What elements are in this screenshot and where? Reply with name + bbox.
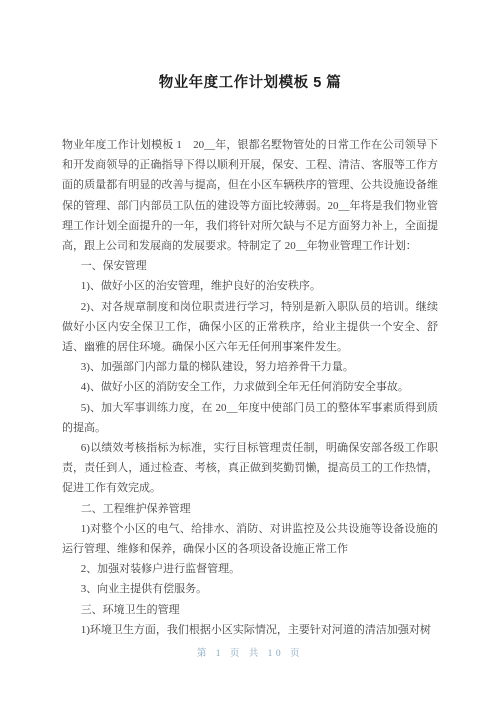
paragraph: 6)以绩效考核指标为标准，实行目标管理责任制，明确保安部各级工作职责，责任到人，… — [62, 438, 438, 499]
page-indicator: 第 1 页 共 10 页 — [197, 649, 303, 659]
document-body: 物业年度工作计划模板 1 20__年，银都名墅物管处的日常工作在公司领导下和开发… — [62, 135, 438, 641]
document-title: 物业年度工作计划模板 5 篇 — [0, 71, 500, 92]
paragraph: 2)、对各规章制度和岗位职责进行学习，特别是新入职队员的培训。继续做好小区内安全… — [62, 297, 438, 358]
paragraph: 物业年度工作计划模板 1 20__年，银都名墅物管处的日常工作在公司领导下和开发… — [62, 135, 438, 256]
paragraph: 3)、加强部门内部力量的梯队建设，努力培养骨干力量。 — [62, 357, 438, 377]
paragraph: 4)、做好小区的消防安全工作，力求做到全年无任何消防安全事故。 — [62, 377, 438, 397]
paragraph: 二、工程维护保养管理 — [62, 499, 438, 519]
paragraph: 一、保安管理 — [62, 256, 438, 276]
document-page: 物业年度工作计划模板 5 篇 物业年度工作计划模板 1 20__年，银都名墅物管… — [0, 0, 500, 707]
page-footer: 第 1 页 共 10 页 — [0, 643, 500, 661]
paragraph: 1)对整个小区的电气、给排水、消防、对讲监控及公共设施等设备设施的运行管理、维修… — [62, 519, 438, 559]
paragraph: 1)、做好小区的治安管理，维护良好的治安秩序。 — [62, 276, 438, 296]
paragraph: 1)环境卫生方面，我们根据小区实际情况，主要针对河道的清洁加强对树 — [62, 620, 438, 640]
paragraph: 2、加强对装修户进行监督管理。 — [62, 559, 438, 579]
paragraph: 5)、加大军事训练力度，在 20__年度中使部门员工的整体军事素质得到质的提高。 — [62, 398, 438, 438]
paragraph: 三、环境卫生的管理 — [62, 600, 438, 620]
paragraph: 3、向业主提供有偿服务。 — [62, 579, 438, 599]
